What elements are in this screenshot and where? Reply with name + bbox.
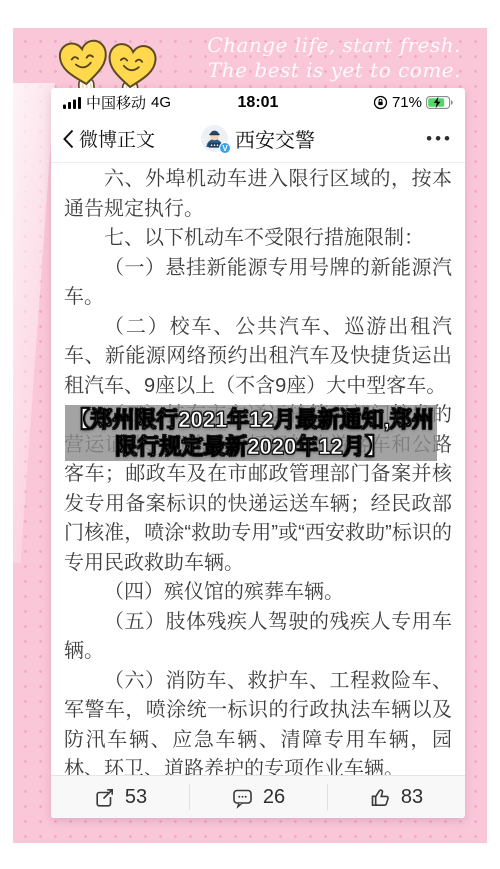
share-button[interactable]: 53: [51, 776, 189, 818]
light-wedge-decoration: [13, 83, 55, 563]
article-paragraph: （六）消防车、救护车、工程救险车、军警车，喷涂统一标识的行政执法车辆以及防汛车辆…: [64, 667, 452, 776]
battery-charging-icon: [426, 96, 453, 109]
account-name: 西安交警: [235, 124, 315, 153]
article-body[interactable]: 六、外埠机动车进入限行区域的，按本通告规定执行。 七、以下机动车不受限行措施限制…: [51, 163, 465, 775]
quote-line-1: Change life, start fresh.: [207, 33, 461, 58]
share-icon: [93, 786, 116, 809]
article-paragraph: 六、外埠机动车进入限行区域的，按本通告规定执行。: [64, 165, 452, 224]
share-count: 53: [125, 786, 147, 809]
article-paragraph: （一）悬挂新能源专用号牌的新能源汽车。: [64, 254, 452, 313]
rotation-lock-icon: [373, 95, 388, 110]
status-bar: 中国移动 4G 18:01 71%: [51, 88, 465, 115]
avatar[interactable]: V: [201, 125, 228, 152]
bottom-toolbar: 53 26: [51, 775, 465, 818]
article-paragraph: （二）校车、公共汽车、巡游出租汽车、新能源网络预约出租汽车及快捷货运出租汽车、9…: [64, 313, 452, 402]
back-label: 微博正文: [79, 125, 155, 152]
quote-line-2: The best is yet to come.: [207, 58, 461, 83]
back-button[interactable]: 微博正文: [63, 125, 155, 152]
like-button[interactable]: 83: [327, 776, 465, 818]
article-paragraph: 七、以下机动车不受限行措施限制：: [64, 224, 452, 254]
thumbs-up-icon: [369, 786, 392, 809]
like-count: 83: [401, 786, 423, 809]
watermark-caption: 【郑州限行2021年12月最新通知,郑州限行规定最新2020年12月】: [65, 405, 437, 461]
back-chevron-icon: [63, 129, 74, 149]
article-paragraph: （四）殡仪馆的殡葬车辆。: [64, 578, 452, 608]
verified-badge: V: [219, 142, 231, 154]
pink-polka-frame: Change life, start fresh. The best is ye…: [13, 28, 487, 843]
more-menu-button[interactable]: •••: [426, 129, 453, 149]
comment-count: 26: [263, 786, 285, 809]
comment-button[interactable]: 26: [189, 776, 327, 818]
article-paragraph: （五）肢体残疾人驾驶的残疾人专用车辆。: [64, 608, 452, 667]
nav-bar: 微博正文 V 西安交警: [51, 115, 465, 163]
battery-percent: 71%: [392, 94, 422, 111]
decorative-quote: Change life, start fresh. The best is ye…: [207, 33, 461, 83]
comment-icon: [231, 786, 254, 809]
phone-screenshot: 中国移动 4G 18:01 71%: [51, 88, 465, 818]
